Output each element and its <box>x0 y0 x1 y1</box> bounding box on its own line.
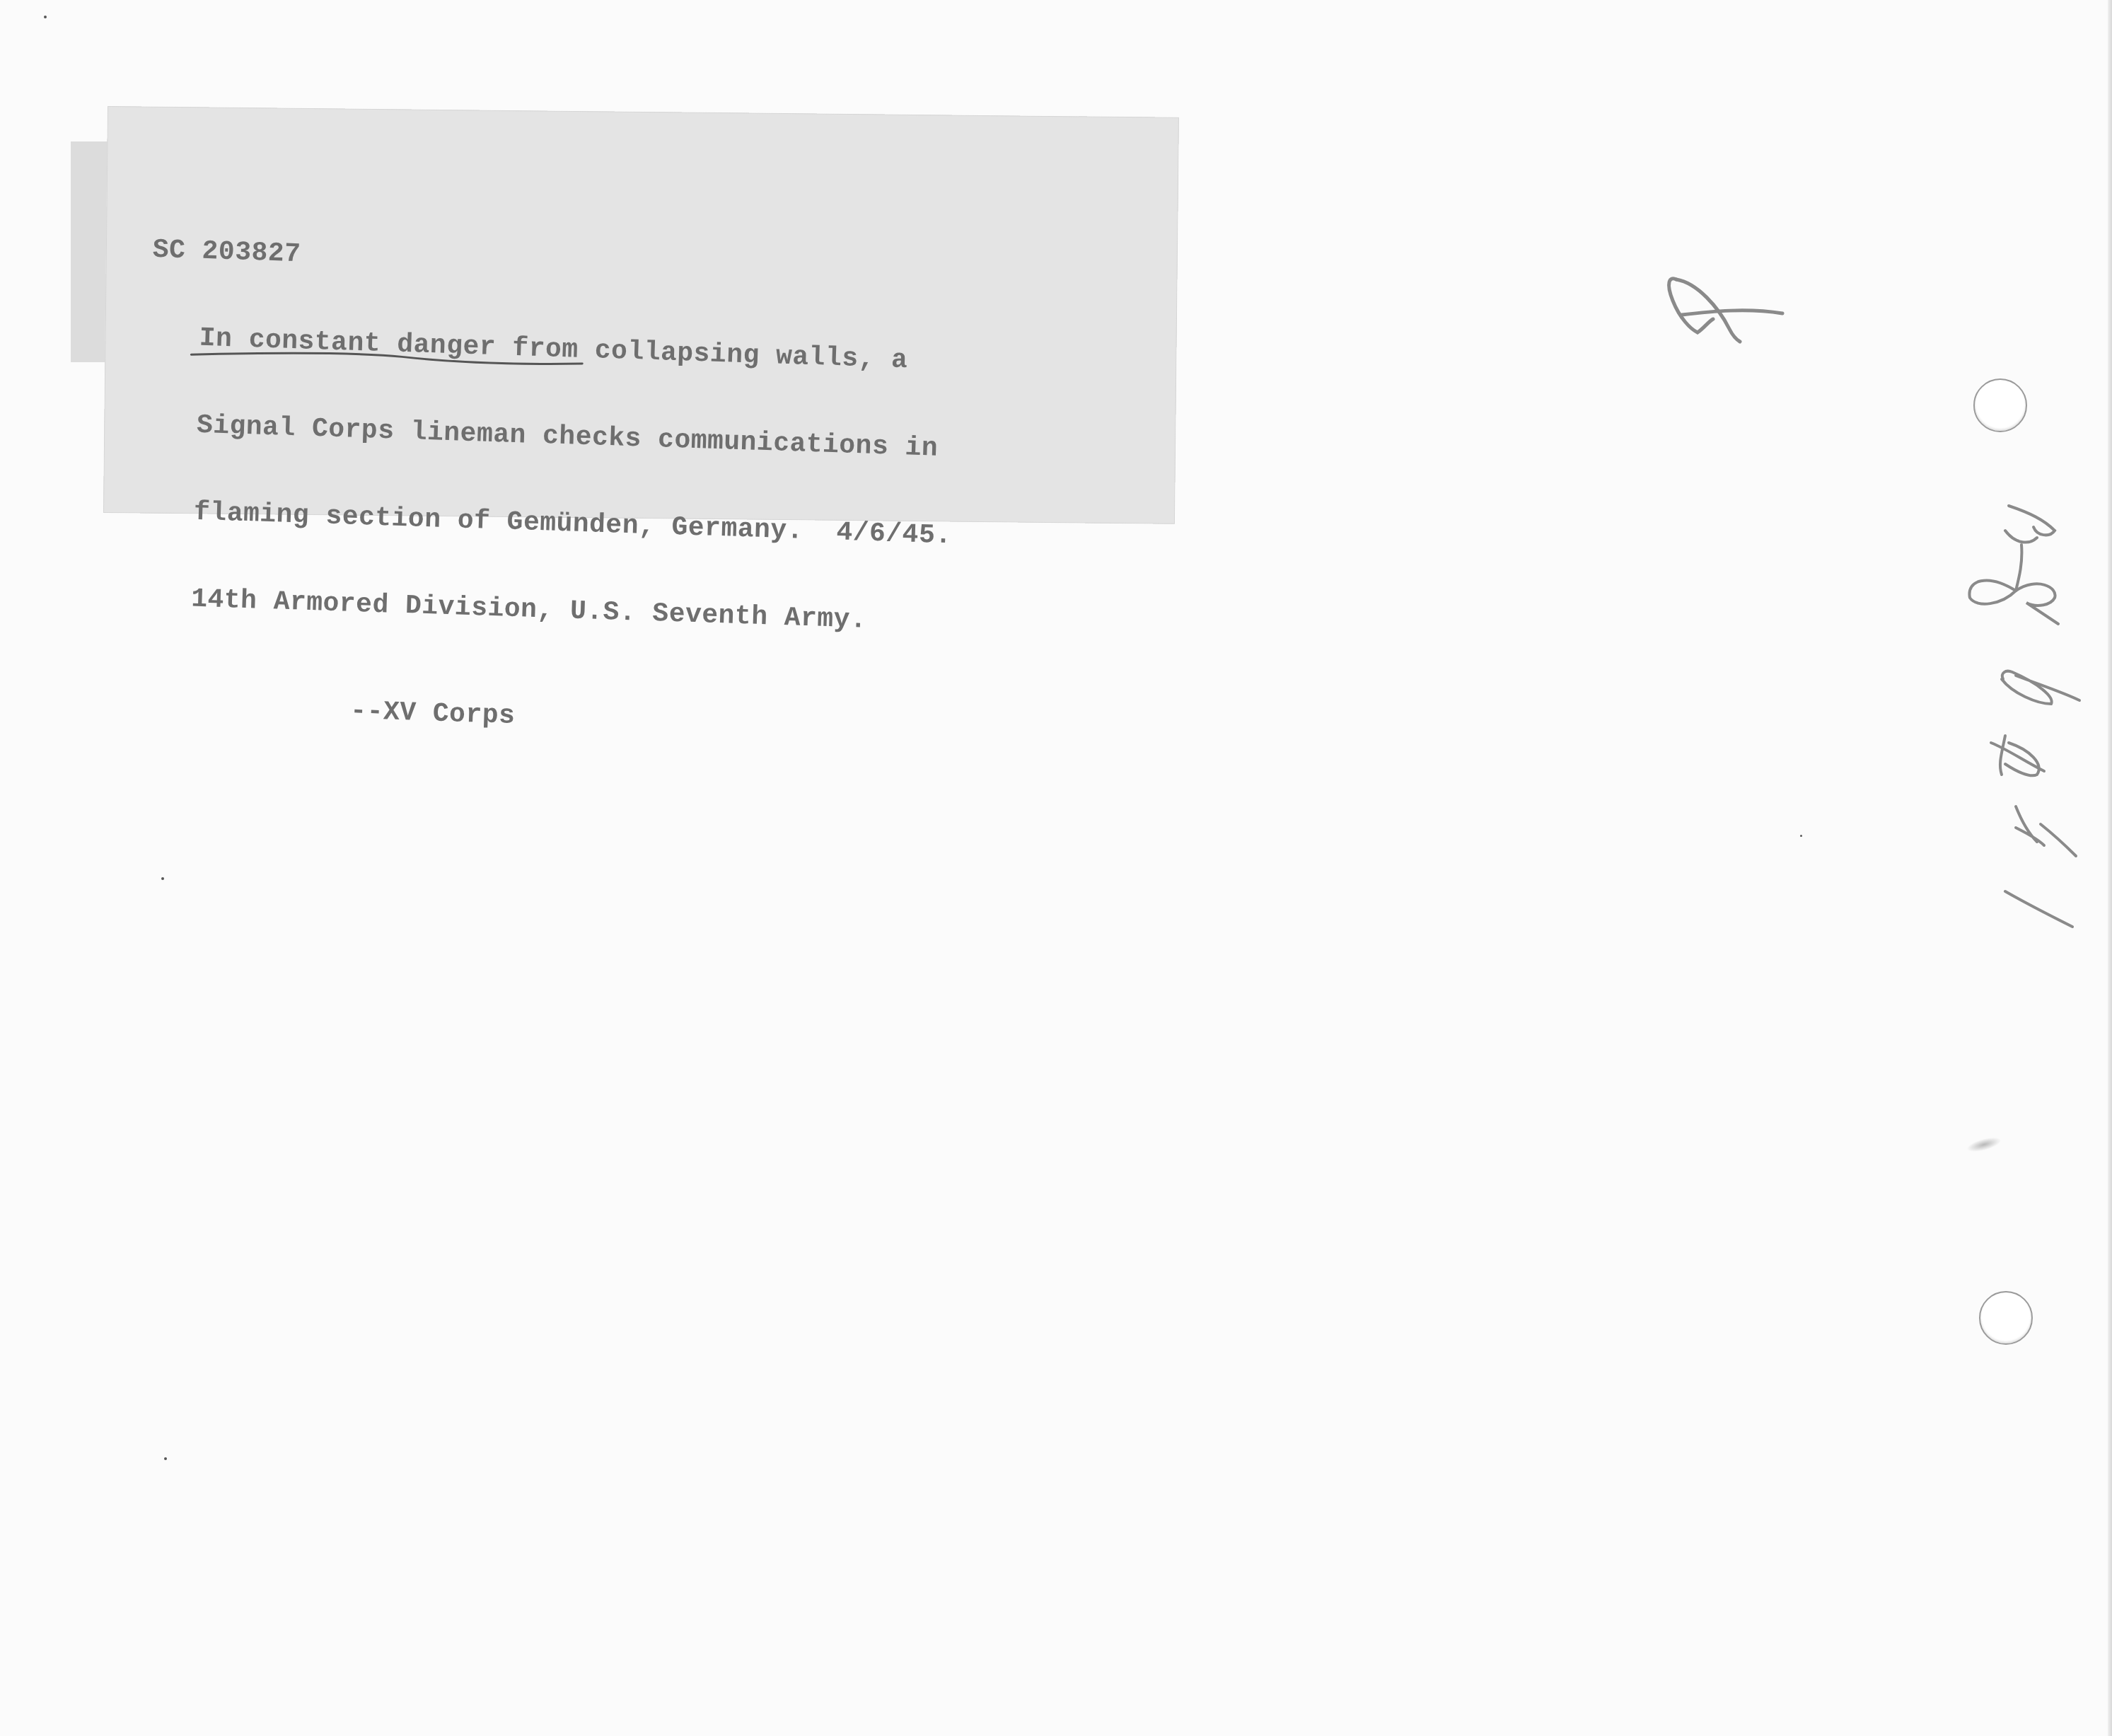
handwritten-a-mark <box>1648 251 1789 350</box>
dust-speck <box>161 877 164 880</box>
dust-speck <box>164 1457 167 1460</box>
page-edge <box>2108 0 2112 1736</box>
caption-id: SC 203827 <box>152 236 961 290</box>
caption-line-4: 14th Armored Division, U.S. Seventh Army… <box>141 583 950 637</box>
caption-credit: --XV Corps <box>138 690 946 744</box>
dust-speck <box>1800 835 1802 837</box>
caption-line-2: Signal Corps lineman checks communicatio… <box>146 410 955 464</box>
caption-label: SC 203827 In constant danger from collap… <box>103 106 1179 524</box>
caption-line-3: flaming section of Gemünden, Germany. 4/… <box>144 496 952 550</box>
dust-speck <box>44 16 47 18</box>
pencil-smudge <box>1966 1135 2002 1155</box>
punch-hole-top <box>1973 378 2027 432</box>
caption-text: SC 203827 In constant danger from collap… <box>136 178 962 802</box>
punch-hole-bottom <box>1979 1291 2033 1345</box>
